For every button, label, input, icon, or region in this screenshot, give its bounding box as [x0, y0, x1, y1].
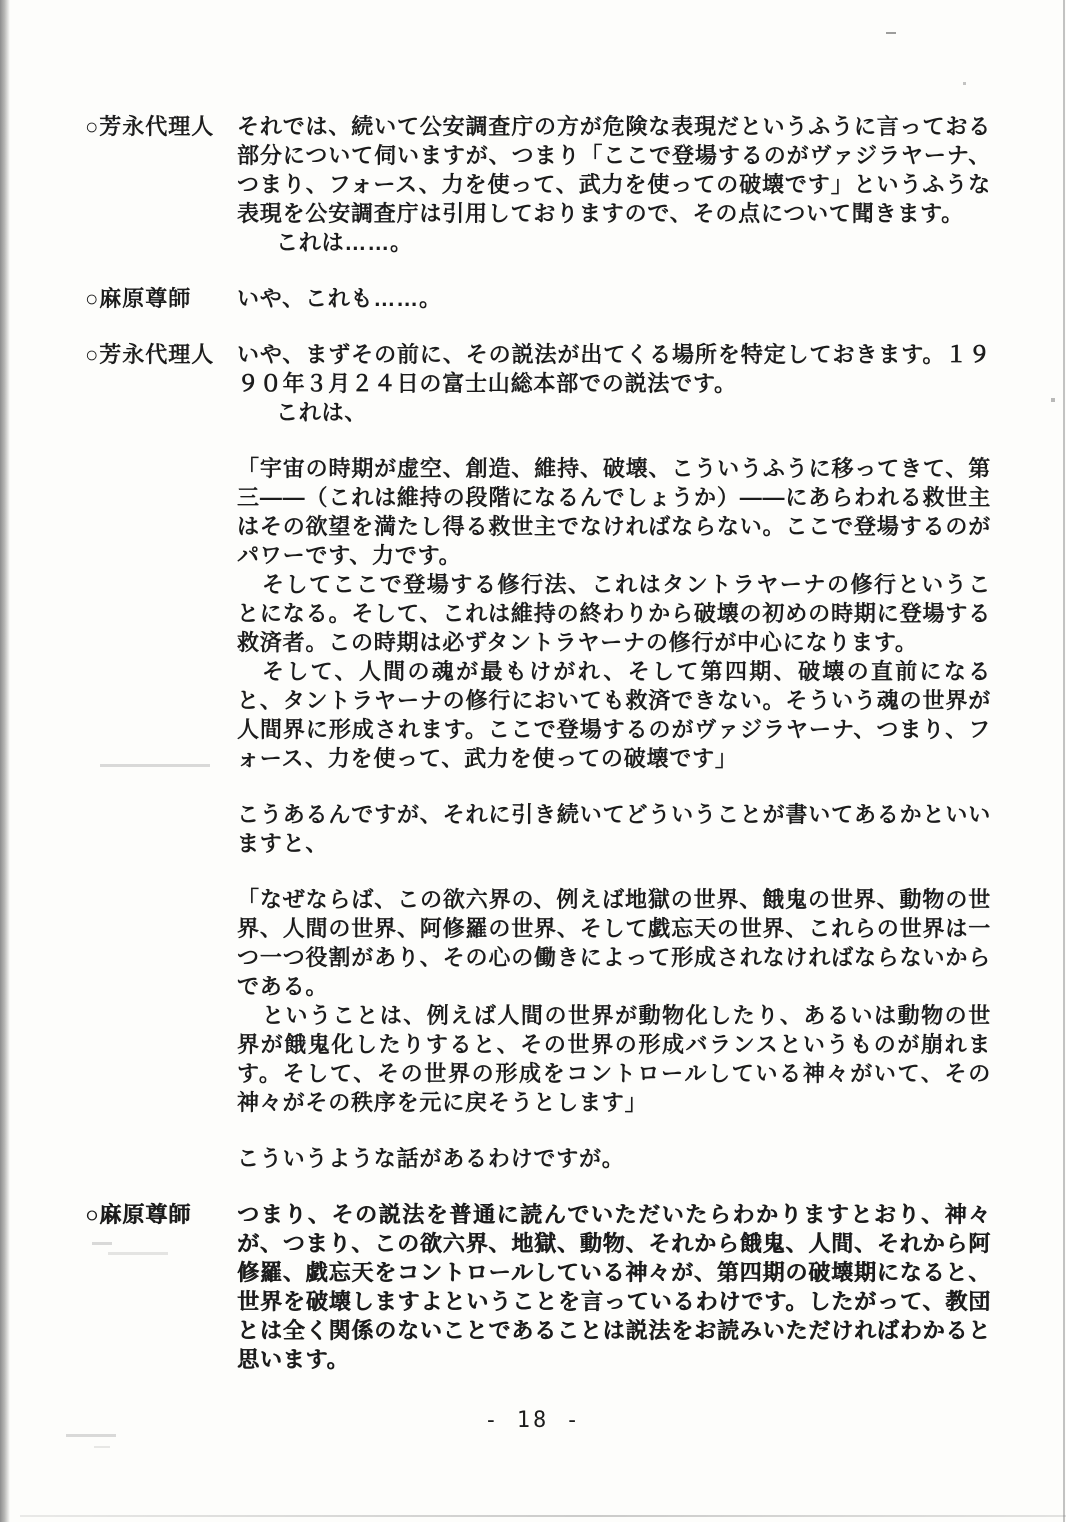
speaker-label: ○麻原尊師	[85, 1200, 237, 1229]
scan-edge-bottom	[20, 1515, 1066, 1517]
paragraph: それでは、続いて公安調査庁の方が危険な表現だというふうに言っておる部分について伺…	[237, 112, 991, 228]
speech-text: いや、これも……。	[237, 284, 991, 313]
paragraph: 「宇宙の時期が虚空、創造、維持、破壊、こういうふうに移ってきて、第三――（これは…	[237, 454, 991, 570]
paragraph: これは、	[237, 398, 991, 427]
dialogue-block: ○麻原尊師つまり、その説法を普通に読んでいただいたらわかりますとおり、神々が、つ…	[85, 1200, 991, 1374]
dialogue-block: ○麻原尊師いや、これも……。	[85, 284, 991, 313]
paragraph-gap	[237, 1117, 991, 1144]
page-number: - 18 -	[0, 1408, 1066, 1433]
speaker-label: ○芳永代理人	[85, 340, 237, 369]
speaker-label: ○芳永代理人	[85, 112, 237, 141]
paragraph-gap	[237, 427, 991, 454]
scan-speck	[886, 32, 896, 34]
speaker-label: ○麻原尊師	[85, 284, 237, 313]
paragraph: こういうような話があるわけですが。	[237, 1144, 991, 1173]
dialogue-block: ○芳永代理人それでは、続いて公安調査庁の方が危険な表現だというふうに言っておる部…	[85, 112, 991, 257]
dialogue-transcript: ○芳永代理人それでは、続いて公安調査庁の方が危険な表現だというふうに言っておる部…	[85, 112, 991, 1374]
speech-text: それでは、続いて公安調査庁の方が危険な表現だというふうに言っておる部分について伺…	[237, 112, 991, 257]
scan-speck	[963, 82, 966, 85]
paragraph-gap	[237, 858, 991, 885]
paragraph: こうあるんですが、それに引き続いてどういうことが書いてあるかといいますと、	[237, 800, 991, 858]
paragraph: 「なぜならば、この欲六界の、例えば地獄の世界、餓鬼の世界、動物の世界、人間の世界…	[237, 885, 991, 1001]
scan-edge-right	[1063, 0, 1065, 1522]
scan-smudge	[66, 1434, 116, 1437]
paragraph: つまり、その説法を普通に読んでいただいたらわかりますとおり、神々が、つまり、この…	[237, 1200, 991, 1374]
scan-edge-left	[0, 0, 10, 1522]
paragraph: そしてここで登場する修行法、これはタントラヤーナの修行ということになる。そして、…	[237, 570, 991, 657]
scanned-document-page: ○芳永代理人それでは、続いて公安調査庁の方が危険な表現だというふうに言っておる部…	[0, 0, 1066, 1522]
paragraph: そして、人間の魂が最もけがれ、そして第四期、破壊の直前になると、タントラヤーナの…	[237, 657, 991, 773]
paragraph: いや、まずその前に、その説法が出てくる場所を特定しておきます。１９９０年３月２４…	[237, 340, 991, 398]
paragraph: ということは、例えば人間の世界が動物化したり、あるいは動物の世界が餓鬼化したりす…	[237, 1001, 991, 1117]
paragraph-gap	[237, 773, 991, 800]
paragraph: これは……。	[237, 228, 991, 257]
scan-smudge	[94, 1446, 110, 1448]
paragraph: いや、これも……。	[237, 284, 991, 313]
speech-text: いや、まずその前に、その説法が出てくる場所を特定しておきます。１９９０年３月２４…	[237, 340, 991, 1173]
dialogue-block: ○芳永代理人いや、まずその前に、その説法が出てくる場所を特定しておきます。１９９…	[85, 340, 991, 1173]
speech-text: つまり、その説法を普通に読んでいただいたらわかりますとおり、神々が、つまり、この…	[237, 1200, 991, 1374]
scan-speck	[1051, 398, 1055, 402]
